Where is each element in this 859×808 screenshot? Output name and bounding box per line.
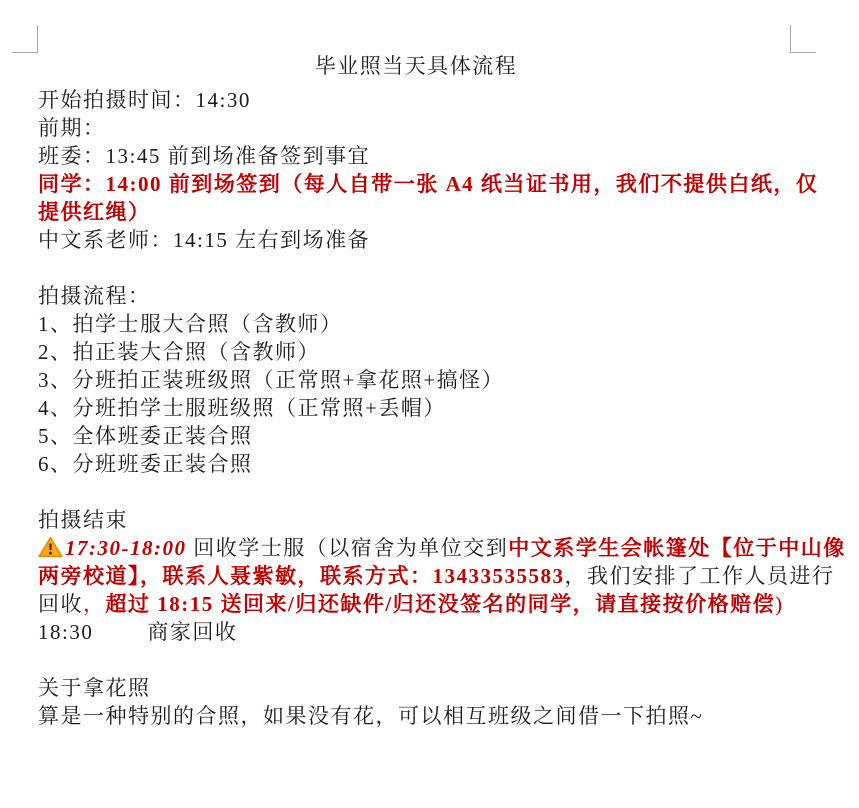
document-page: 毕业照当天具体流程 开始拍摄时间：14:30前期：班委：13:45 前到场准备签…: [0, 0, 859, 808]
text-segment: 5、全体班委正装合照: [38, 424, 253, 448]
text-line: [38, 646, 794, 674]
text-segment: 两旁校道】，联系人聂紫敏，联系方式：13433535583: [38, 564, 565, 588]
text-segment: 前期：: [38, 116, 106, 140]
text-line: 两旁校道】，联系人聂紫敏，联系方式：13433535583，我们安排了工作人员进…: [38, 562, 794, 590]
text-line: 4、分班拍学士服班级照（正常照+丢帽）: [38, 394, 794, 422]
page-corner-mark-top-left: [12, 25, 38, 53]
text-segment: 班委：13:45 前到场准备签到事宜: [38, 144, 370, 168]
text-line: 18:30 商家回收: [38, 618, 794, 646]
text-segment: 超过 18:15 送回来/归还缺件/归还没签名的同学，请直接按价格赔偿: [106, 592, 776, 616]
text-line: 同学：14:00 前到场签到（每人自带一张 A4 纸当证书用，我们不提供白纸，仅: [38, 170, 794, 198]
text-segment: 关于拿花照: [38, 676, 151, 700]
text-segment: 18:30 商家回收: [38, 620, 237, 644]
text-segment: 中文系学生会帐篷处【位于中山像: [508, 536, 846, 560]
text-segment: 回收学士服（以宿舍为单位交到: [186, 536, 508, 560]
text-line: 6、分班班委正装合照: [38, 450, 794, 478]
text-segment: 同学：14:00 前到场签到（每人自带一张 A4 纸当证书用，我们不提供白纸，仅: [38, 172, 818, 196]
text-line: 开始拍摄时间：14:30: [38, 86, 794, 114]
text-line: 3、分班拍正装班级照（正常照+拿花照+搞怪）: [38, 366, 794, 394]
text-segment: ，: [83, 592, 106, 616]
text-line: 算是一种特别的合照，如果没有花，可以相互班级之间借一下拍照~: [38, 702, 794, 730]
text-segment: 3、分班拍正装班级照（正常照+拿花照+搞怪）: [38, 368, 504, 392]
text-segment: 拍摄流程：: [38, 284, 151, 308]
page-corner-mark-top-right: [790, 25, 816, 53]
document-body: 毕业照当天具体流程 开始拍摄时间：14:30前期：班委：13:45 前到场准备签…: [38, 52, 794, 730]
text-segment: 17:30-18:00: [65, 536, 186, 560]
document-title: 毕业照当天具体流程: [38, 52, 794, 80]
text-line: 回收，超过 18:15 送回来/归还缺件/归还没签名的同学，请直接按价格赔偿): [38, 590, 794, 618]
warning-icon: [38, 536, 63, 558]
text-line: 关于拿花照: [38, 674, 794, 702]
text-line: 2、拍正装大合照（含教师）: [38, 338, 794, 366]
text-segment: 2、拍正装大合照（含教师）: [38, 340, 320, 364]
text-segment: 拍摄结束: [38, 508, 128, 532]
text-line: [38, 254, 794, 282]
text-segment: 回收: [38, 592, 83, 616]
text-segment: 4、分班拍学士服班级照（正常照+丢帽）: [38, 396, 446, 420]
text-segment: 6、分班班委正装合照: [38, 452, 253, 476]
text-segment: 算是一种特别的合照，如果没有花，可以相互班级之间借一下拍照~: [38, 704, 703, 728]
text-line: [38, 478, 794, 506]
text-line: 中文系老师：14:15 左右到场准备: [38, 226, 794, 254]
text-segment: ): [775, 592, 784, 616]
text-segment: 开始拍摄时间：14:30: [38, 88, 251, 112]
text-line: 前期：: [38, 114, 794, 142]
text-line: 5、全体班委正装合照: [38, 422, 794, 450]
text-line: 提供红绳）: [38, 198, 794, 226]
text-segment: 中文系老师：14:15 左右到场准备: [38, 228, 370, 252]
text-line: 拍摄流程：: [38, 282, 794, 310]
text-segment: ，我们安排了工作人员进行: [565, 564, 835, 588]
text-segment: 提供红绳）: [38, 200, 151, 224]
text-segment: 1、拍学士服大合照（含教师）: [38, 312, 343, 336]
text-line: 班委：13:45 前到场准备签到事宜: [38, 142, 794, 170]
text-line: 17:30-18:00 回收学士服（以宿舍为单位交到中文系学生会帐篷处【位于中山…: [38, 534, 794, 562]
text-line: 1、拍学士服大合照（含教师）: [38, 310, 794, 338]
document-lines: 开始拍摄时间：14:30前期：班委：13:45 前到场准备签到事宜同学：14:0…: [38, 86, 794, 730]
text-line: 拍摄结束: [38, 506, 794, 534]
